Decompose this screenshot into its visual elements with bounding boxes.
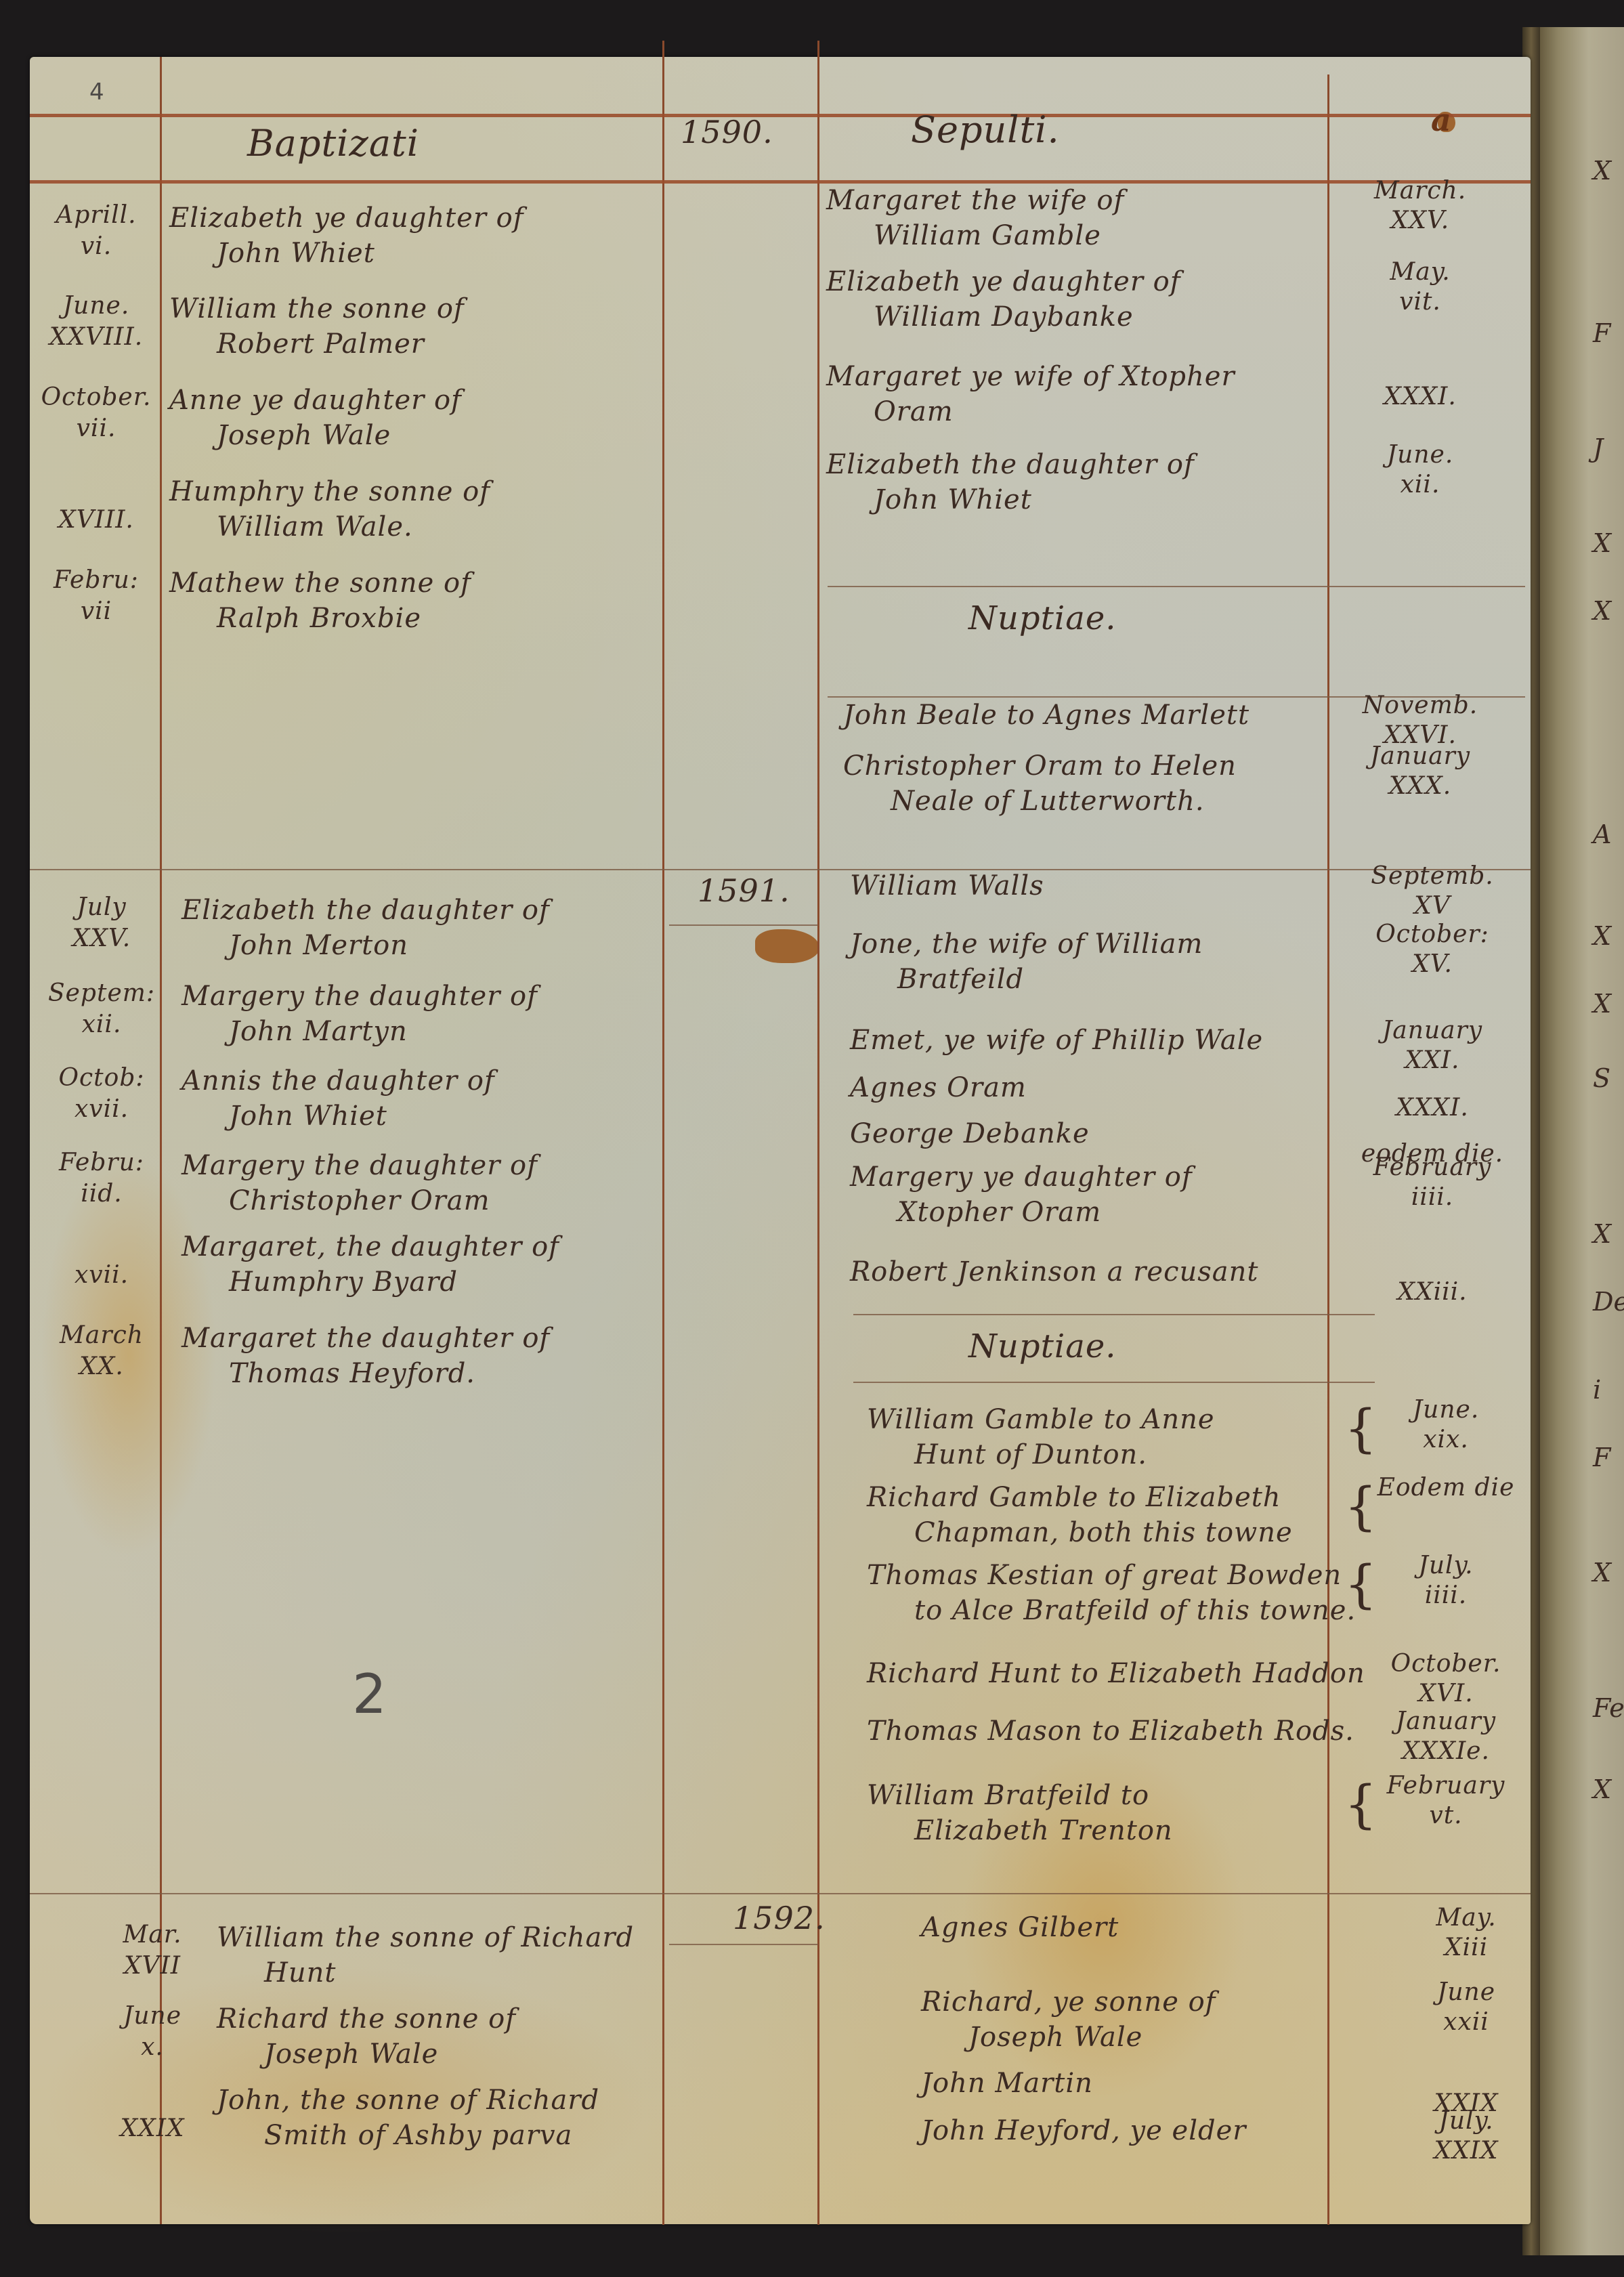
entry-line1: Thomas Mason to Elizabeth Rods. <box>867 1714 1354 1749</box>
entry-line1: William Walls <box>850 868 1044 903</box>
entry-line2: Elizabeth Trenton <box>914 1813 1173 1848</box>
entry-date-day: XXIX <box>1382 2136 1551 2166</box>
entry-line1: John Martin <box>921 2066 1093 2101</box>
entry-line1: William Bratfeild to <box>867 1778 1149 1813</box>
entry-date-month: February <box>1348 1153 1517 1183</box>
entry-line2: Thomas Heyford. <box>229 1356 475 1391</box>
pencil-mark: 2 <box>352 1663 387 1726</box>
entry-date-day: XV. <box>1348 950 1517 979</box>
entry-date-month: July <box>41 893 163 922</box>
header-nuptiae-1590: Nuptiae. <box>968 599 1117 637</box>
entry-line1: George Debanke <box>850 1116 1090 1151</box>
entry-date-month: Novemb. <box>1335 691 1505 721</box>
ruling-vertical <box>1327 75 1329 2225</box>
ruling-year-box <box>669 1944 818 1945</box>
entry-date-month: March <box>41 1321 163 1350</box>
entry-line2: John Whiet <box>229 1099 387 1134</box>
entry-line2: John Whiet <box>217 236 375 271</box>
ruling-nuptiae-1590-top <box>828 586 1525 587</box>
entry-line2: William Daybanke <box>874 299 1134 335</box>
ruling-nuptiae-1591-top <box>853 1314 1375 1315</box>
entry-line1: Emet, ye wife of Phillip Wale <box>850 1023 1263 1058</box>
facing-page-fragment: i <box>1593 1375 1601 1405</box>
entry-date-day: XXXIe. <box>1361 1737 1531 1766</box>
corner-mark: a <box>1431 102 1452 138</box>
entry-line1: John Heyford, ye elder <box>921 2113 1246 2148</box>
entry-date-month: Aprill. <box>35 200 157 230</box>
entry-date-month: February <box>1361 1771 1531 1801</box>
entry-line1: Margaret, the daughter of <box>181 1229 559 1264</box>
facing-page-fragment: F <box>1593 318 1610 348</box>
entry-line1: Richard Hunt to Elizabeth Haddon <box>867 1656 1365 1691</box>
entry-line2: Christopher Oram <box>229 1183 490 1218</box>
entry-date-day: XXiii. <box>1348 1277 1517 1307</box>
ruling-vertical <box>817 41 819 2225</box>
entry-line1: Anne ye daughter of <box>169 383 462 418</box>
entry-date-day: x. <box>91 2033 213 2062</box>
entry-line2: John Whiet <box>874 482 1032 517</box>
entry-date-day: iiii. <box>1348 1183 1517 1212</box>
entry-date-day: XXXI. <box>1348 1093 1517 1123</box>
year-1591: 1591. <box>698 872 790 909</box>
entry-date-month: Mar. <box>91 1920 213 1950</box>
entry-line2: William Gamble <box>874 218 1101 253</box>
entry-line2: Bratfeild <box>897 962 1024 997</box>
entry-line2: Humphry Byard <box>229 1264 458 1300</box>
entry-line1: William the sonne of <box>169 291 465 326</box>
entry-date-day: XXX. <box>1335 771 1505 801</box>
entry-line2: Neale of Lutterworth. <box>891 784 1205 819</box>
entry-line2: Hunt of Dunton. <box>914 1437 1147 1472</box>
entry-date-day: xii. <box>41 1010 163 1040</box>
entry-line1: Robert Jenkinson a recusant <box>850 1254 1258 1290</box>
facing-page-fragment: J <box>1593 433 1603 463</box>
entry-line1: Agnes Oram <box>850 1070 1027 1105</box>
entry-date-month: June <box>91 2001 213 2031</box>
entry-line1: Richard the sonne of <box>217 2001 516 2037</box>
entry-line2: Joseph Wale <box>264 2037 438 2072</box>
ruling-year-1591 <box>30 869 1531 870</box>
entry-date-day: XVII <box>91 1951 213 1981</box>
ruling-nuptiae-1591-bottom <box>853 1382 1375 1383</box>
entry-date-day: XXI. <box>1348 1046 1517 1076</box>
entry-date-month: Octob: <box>41 1063 163 1093</box>
entry-line1: Richard Gamble to Elizabeth <box>867 1480 1281 1515</box>
entry-line2: William Wale. <box>217 509 413 545</box>
entry-date-day: xvii. <box>41 1094 163 1124</box>
entry-line1: William the sonne of Richard <box>217 1920 634 1955</box>
entry-line1: John Beale to Agnes Marlett <box>843 698 1249 733</box>
header-burials: Sepulti. <box>911 108 1060 151</box>
entry-line1: Elizabeth ye daughter of <box>826 264 1181 299</box>
entry-date-month: Febru: <box>35 566 157 595</box>
entry-line2: Smith of Ashby parva <box>264 2118 572 2153</box>
entry-line1: Christopher Oram to Helen <box>843 748 1237 784</box>
entry-date-day: xix. <box>1361 1425 1531 1455</box>
entry-date-month: Septemb. <box>1348 861 1517 891</box>
entry-date-month: May. <box>1335 257 1505 287</box>
entry-line1: Thomas Kestian of great Bowden <box>867 1558 1342 1593</box>
entry-date-month: Eodem die <box>1361 1473 1531 1503</box>
entry-line1: Margery the daughter of <box>181 979 538 1014</box>
entry-date-day: iiii. <box>1361 1581 1531 1611</box>
entry-date-day: vit. <box>1335 287 1505 317</box>
ruling-header-bottom <box>30 180 1531 184</box>
entry-date-day: vii. <box>35 414 157 444</box>
entry-line2: Joseph Wale <box>968 2020 1142 2055</box>
entry-line1: Elizabeth the daughter of <box>181 893 550 928</box>
entry-date-month: March. <box>1335 176 1505 206</box>
entry-date-day: iid. <box>41 1179 163 1209</box>
entry-date-month: June. <box>1335 440 1505 470</box>
entry-date-month: October. <box>1361 1649 1531 1679</box>
ruling-year-1592 <box>30 1893 1531 1894</box>
header-baptisms: Baptizati <box>247 122 419 165</box>
entry-line2: John Martyn <box>229 1014 408 1049</box>
entry-date-day: XV <box>1348 891 1517 921</box>
entry-date-month: June. <box>1361 1395 1531 1425</box>
entry-date-month: July. <box>1361 1551 1531 1581</box>
facing-page-fragment: X <box>1593 596 1611 626</box>
facing-page-fragment: X <box>1593 156 1611 186</box>
entry-date-day: vt. <box>1361 1801 1531 1831</box>
entry-line2: Robert Palmer <box>217 326 425 362</box>
entry-date-month: October. <box>35 383 157 412</box>
ink-blot <box>755 929 819 963</box>
entry-line1: Elizabeth ye daughter of <box>169 200 524 236</box>
entry-line2: Oram <box>874 394 954 429</box>
entry-line1: Richard, ye sonne of <box>921 1984 1216 2020</box>
entry-line2: to Alce Bratfeild of this towne. <box>914 1593 1356 1628</box>
entry-line1: William Gamble to Anne <box>867 1402 1215 1437</box>
entry-date-day: vii <box>35 597 157 626</box>
entry-date-month: June. <box>35 291 157 321</box>
entry-date-month: Septem: <box>41 979 163 1008</box>
entry-line2: Hunt <box>264 1955 336 1991</box>
brace-icon: { <box>1344 1774 1377 1834</box>
register-leaf <box>30 57 1531 2224</box>
facing-page-fragment: Fe <box>1593 1693 1624 1723</box>
entry-date-day: XX. <box>41 1352 163 1382</box>
entry-line2: John Merton <box>229 928 408 963</box>
brace-icon: { <box>1344 1554 1377 1614</box>
entry-date-month: July. <box>1382 2106 1551 2136</box>
facing-page-fragment: X <box>1593 1219 1611 1249</box>
facing-page-fragment: X <box>1593 1774 1611 1804</box>
entry-line1: Margery the daughter of <box>181 1148 538 1183</box>
entry-date-day: xii. <box>1335 470 1505 500</box>
entry-date-month: Febru: <box>41 1148 163 1178</box>
entry-line1: Mathew the sonne of <box>169 566 471 601</box>
facing-page-fragment: X <box>1593 921 1611 951</box>
facing-page-fragment: X <box>1593 528 1611 558</box>
facing-page-fragment: S <box>1593 1063 1610 1093</box>
entry-date-day: XXVIII. <box>35 322 157 352</box>
entry-line1: Margaret the wife of <box>826 183 1124 218</box>
entry-date-month: June <box>1382 1978 1551 2007</box>
header-year-1590: 1590. <box>681 114 773 150</box>
entry-date-day: XXV. <box>1335 206 1505 236</box>
entry-date-day: XXIX <box>91 2114 213 2144</box>
entry-date-day: XVIII. <box>35 505 157 535</box>
brace-icon: { <box>1344 1476 1377 1536</box>
entry-line1: John, the sonne of Richard <box>217 2083 599 2118</box>
entry-date-day: XXXI. <box>1335 382 1505 412</box>
year-1592: 1592. <box>733 1900 826 1936</box>
entry-line1: Margaret ye wife of Xtopher <box>826 359 1235 394</box>
entry-line1: Humphry the sonne of <box>169 474 490 509</box>
entry-date-month: October: <box>1348 920 1517 950</box>
entry-line2: Xtopher Oram <box>897 1195 1101 1230</box>
entry-line1: Margaret the daughter of <box>181 1321 550 1356</box>
entry-date-day: Xiii <box>1382 1933 1551 1963</box>
header-nuptiae-1591: Nuptiae. <box>968 1327 1117 1365</box>
entry-date-month: January <box>1348 1016 1517 1046</box>
entry-date-month: May. <box>1382 1903 1551 1933</box>
ruling-year-box <box>669 924 818 926</box>
entry-line1: Jone, the wife of William <box>850 927 1203 962</box>
entry-date-day: XVI. <box>1361 1679 1531 1709</box>
entry-line1: Agnes Gilbert <box>921 1910 1119 1945</box>
entry-date-day: xxii <box>1382 2007 1551 2037</box>
entry-date-month: January <box>1335 742 1505 771</box>
entry-line2: Joseph Wale <box>217 418 391 453</box>
facing-page-fragment: A <box>1593 820 1611 849</box>
facing-page-fragment: X <box>1593 1558 1611 1588</box>
entry-line2: Ralph Broxbie <box>217 601 421 636</box>
entry-line1: Elizabeth the daughter of <box>826 447 1195 482</box>
ruling-vertical <box>662 41 664 2225</box>
brace-icon: { <box>1344 1398 1377 1458</box>
entry-line2: Chapman, both this towne <box>914 1515 1293 1550</box>
folio-number: 4 <box>89 79 105 106</box>
ruling-vertical <box>160 57 162 2224</box>
entry-date-month: January <box>1361 1707 1531 1737</box>
entry-date-day: xvii. <box>41 1260 163 1290</box>
entry-line1: Margery ye daughter of <box>850 1159 1193 1195</box>
entry-line1: Annis the daughter of <box>181 1063 495 1099</box>
entry-date-day: vi. <box>35 232 157 261</box>
facing-page-fragment: F <box>1593 1443 1610 1472</box>
entry-date-day: XXV. <box>41 924 163 954</box>
ruling-header-top <box>30 114 1531 117</box>
register-photo: 4 Baptizati 1590. Sepulti. a Nuptiae. 15… <box>0 0 1624 2277</box>
facing-page-fragment: De <box>1593 1287 1624 1317</box>
facing-page-fragment: X <box>1593 989 1611 1019</box>
